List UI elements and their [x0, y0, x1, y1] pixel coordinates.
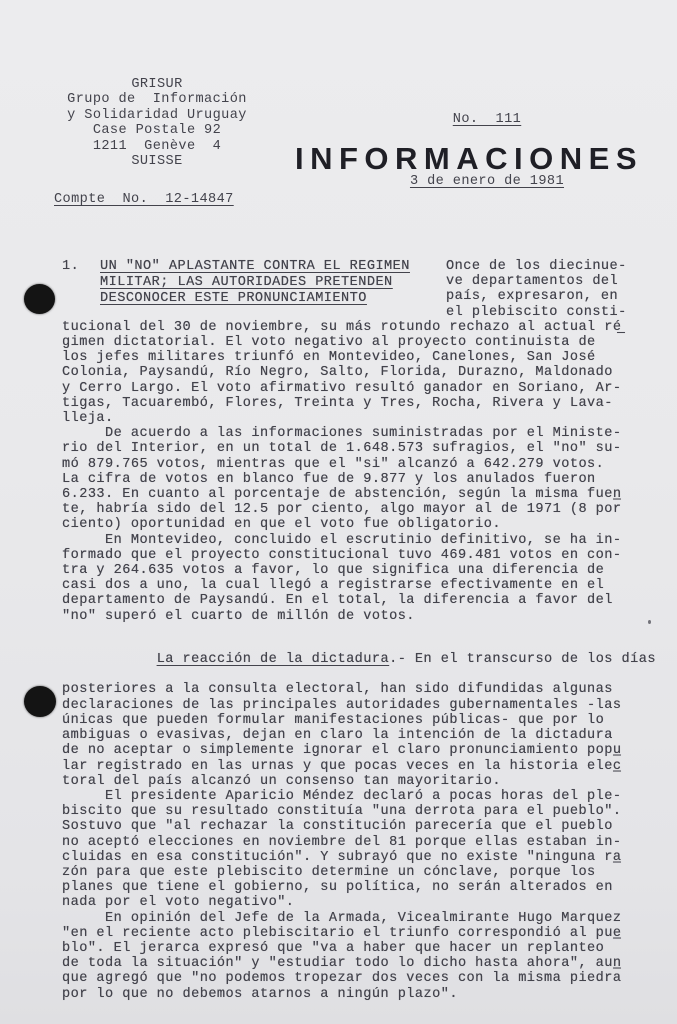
text-line: UN "NO" APLASTANTE CONTRA EL REGIMEN	[100, 259, 410, 275]
article-number: 1.	[62, 259, 100, 274]
ink-speck	[648, 620, 651, 624]
text-line: En Montevideo, concluido el escrutinio d…	[62, 533, 634, 548]
text-line: formado que el proyecto constitucional t…	[62, 548, 634, 563]
text-line: De acuerdo a las informaciones suministr…	[62, 426, 634, 441]
text-line: posteriores a la consulta electoral, han…	[62, 682, 634, 697]
intro-column: Once de los diecinue-ve departamentos de…	[446, 259, 634, 320]
text-line: Case Postale 92	[48, 123, 266, 138]
text-line: El presidente Aparicio Méndez declaró a …	[62, 789, 634, 804]
text-line: zón para que este plebiscito determine u…	[62, 865, 634, 880]
article-body: 1. UN "NO" APLASTANTE CONTRA EL REGIMENM…	[62, 259, 634, 1002]
text-line: declaraciones de las principales autorid…	[62, 698, 634, 713]
text-line: 1211 Genève 4	[48, 139, 266, 154]
text-line: toral del país alcanzó un consenso tan m…	[62, 774, 634, 789]
hole-punch-bottom	[24, 686, 56, 717]
text-line: ve departamentos del	[446, 274, 634, 289]
subsection-title: La reacción de la dictadura	[157, 652, 389, 667]
text-line: tigas, Tacuarembó, Flores, Treinta y Tre…	[62, 396, 634, 411]
text-line: La cifra de votos en blanco fue de 9.877…	[62, 472, 634, 487]
subsection-lead-rest: .- En el transcurso de los días	[389, 652, 656, 667]
text-line: de toda la situación" y "estudiar todo l…	[62, 956, 634, 971]
paragraph-5: El presidente Aparicio Méndez declaró a …	[62, 789, 634, 911]
subsection-indent	[114, 652, 157, 667]
text-line: ambiguas o evasivas, dejan en claro la i…	[62, 728, 634, 743]
text-line: DESCONOCER ESTE PRONUNCIAMIENTO	[100, 291, 410, 307]
text-line: MILITAR; LAS AUTORIDADES PRETENDEN	[100, 275, 410, 291]
article-headline: UN "NO" APLASTANTE CONTRA EL REGIMENMILI…	[100, 259, 410, 307]
text-line: SUISSE	[48, 154, 266, 169]
text-line: En opinión del Jefe de la Armada, Viceal…	[62, 911, 634, 926]
paragraph-6: En opinión del Jefe de la Armada, Viceal…	[62, 911, 634, 1002]
scanned-newsletter-page: GRISURGrupo de Informacióny Solidaridad …	[0, 0, 677, 1024]
text-line: Grupo de Información	[48, 92, 266, 107]
text-line: Colonia, Paysandú, Río Negro, Salto, Flo…	[62, 365, 634, 380]
text-line: de no aceptar o simplemente ignorar el c…	[62, 743, 634, 758]
text-line: nada por el voto negativo".	[62, 895, 634, 910]
text-line: cluidas en esa constitución". Y subrayó …	[62, 850, 634, 865]
text-line: y Solidaridad Uruguay	[48, 108, 266, 123]
text-line: "no" superó el cuarto de millón de votos…	[62, 609, 634, 624]
text-line: GRISUR	[48, 77, 266, 92]
text-line: gimen dictatorial. El voto negativo al p…	[62, 335, 634, 350]
text-line: lar registrado en las urnas y que pocas …	[62, 759, 634, 774]
text-line: planes que tiene el gobierno, su polític…	[62, 880, 634, 895]
headline-left: 1. UN "NO" APLASTANTE CONTRA EL REGIMENM…	[62, 259, 446, 320]
issue-number: No. 111	[453, 112, 521, 127]
paragraph-2: De acuerdo a las informaciones suministr…	[62, 426, 634, 532]
paragraph-1: tucional del 30 de noviembre, su más rot…	[62, 320, 634, 426]
text-line: departamento de Paysandú. En el total, l…	[62, 593, 634, 608]
newsletter-title: INFORMACIONES	[295, 141, 643, 177]
paragraph-3: En Montevideo, concluido el escrutinio d…	[62, 533, 634, 624]
text-line: por lo que no debemos atarnos a ningún p…	[62, 987, 634, 1002]
text-line: no aceptó elecciones en noviembre del 81…	[62, 835, 634, 850]
text-line: Sostuvo que "al rechazar la constitución…	[62, 819, 634, 834]
text-line: "en el reciente acto plebiscitario el tr…	[62, 926, 634, 941]
text-line: blo". El jerarca expresó que "va a haber…	[62, 941, 634, 956]
text-line: que agregó que "no podemos tropezar dos …	[62, 971, 634, 986]
text-line: ciento) oportunidad en que el voto fue o…	[62, 517, 634, 532]
text-line: tucional del 30 de noviembre, su más rot…	[62, 320, 634, 335]
account-number: Compte No. 12-14847	[54, 192, 234, 207]
subsection-lead-line: La reacción de la dictadura.- En el tran…	[62, 637, 634, 683]
text-line: 6.233. En cuanto al porcentaje de absten…	[62, 487, 634, 502]
text-line: tra y 264.635 votos a favor, lo que sign…	[62, 563, 634, 578]
text-line: y Cerro Largo. El voto afirmativo result…	[62, 381, 634, 396]
text-line: lleja.	[62, 411, 634, 426]
hole-punch-top	[24, 284, 55, 314]
text-line: mó 879.765 votos, mientras que el "si" a…	[62, 457, 634, 472]
paragraph-4: posteriores a la consulta electoral, han…	[62, 682, 634, 788]
text-line: biscito que su resultado constituía "una…	[62, 804, 634, 819]
text-line: casi dos a uno, la cual llegó a registra…	[62, 578, 634, 593]
text-line: el plebiscito consti-	[446, 305, 634, 320]
text-line: los jefes militares triunfó en Montevide…	[62, 350, 634, 365]
organization-address-block: GRISURGrupo de Informacióny Solidaridad …	[48, 77, 266, 169]
text-line: país, expresaron, en	[446, 289, 634, 304]
text-line: te, habría sido del 12.5 por ciento, alg…	[62, 502, 634, 517]
text-line: Once de los diecinue-	[446, 259, 634, 274]
text-line: rio del Interior, en un total de 1.648.5…	[62, 441, 634, 456]
article-headline-row: 1. UN "NO" APLASTANTE CONTRA EL REGIMENM…	[62, 259, 634, 320]
text-line: únicas que pueden formular manifestacion…	[62, 713, 634, 728]
